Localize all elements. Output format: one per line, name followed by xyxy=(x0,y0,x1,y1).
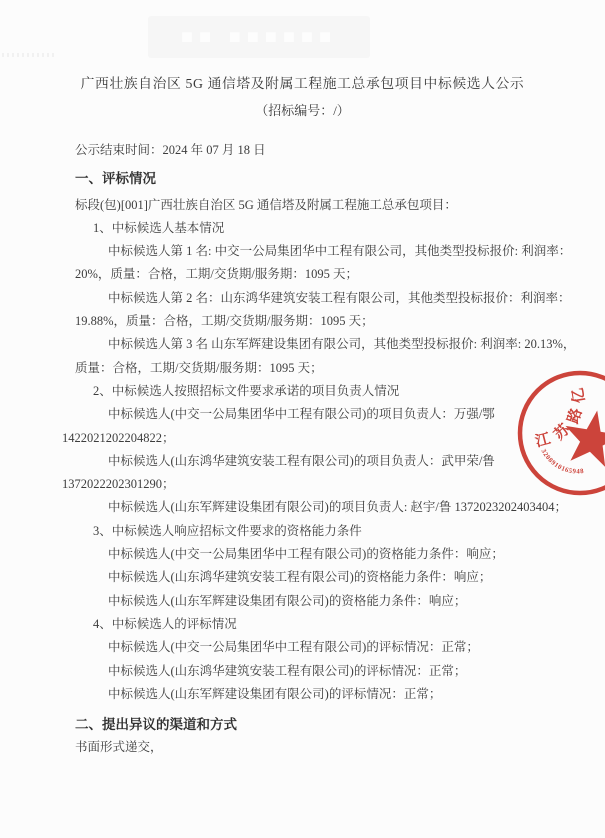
text-line: 标段(包)[001]广西壮族自治区 5G 通信塔及附属工程施工总承包项目： xyxy=(75,194,605,217)
text-line: 中标候选人(山东鸿华建筑安装工程有限公司)的资格能力条件：响应； xyxy=(108,566,605,589)
text-line: 中标候选人(山东军辉建设集团有限公司)的资格能力条件：响应； xyxy=(108,590,605,613)
section-heading-1: 一、评标情况 xyxy=(75,167,605,190)
section-heading-2: 二、提出异议的渠道和方式 xyxy=(75,713,605,736)
text-line: 中标候选人第 1 名: 中交一公局集团华中工程有限公司，其他类型投标报价: 利润… xyxy=(108,240,605,263)
publicity-end-time: 公示结束时间：2024 年 07 月 18 日 xyxy=(75,139,605,162)
document-page: ■■ ■■■■■■ 广西壮族自治区 5G 通信塔及附属工程施工总承包项目中标候选… xyxy=(0,0,605,838)
subsection-4: 4、中标候选人的评标情况 xyxy=(93,613,605,636)
text-line: 中标候选人(山东军辉建设集团有限公司)的评标情况：正常； xyxy=(108,683,605,706)
text-line: 中标候选人第 2 名：山东鸿华建筑安装工程有限公司，其他类型投标报价：利润率： xyxy=(108,287,605,310)
document-title: 广西壮族自治区 5G 通信塔及附属工程施工总承包项目中标候选人公示 xyxy=(0,72,605,92)
text-line: 19.88%，质量：合格，工期/交货期/服务期：1095 天； xyxy=(75,310,605,333)
subsection-3: 3、中标候选人响应招标文件要求的资格能力条件 xyxy=(93,520,605,543)
text-line: 中标候选人(山东鸿华建筑安装工程有限公司)的评标情况：正常； xyxy=(108,660,605,683)
text-line: 书面形式递交， xyxy=(75,736,605,759)
bid-number-line: （招标编号：/） xyxy=(0,100,605,119)
text-line: 20%，质量：合格，工期/交货期/服务期：1095 天； xyxy=(75,263,605,286)
subsection-1: 1、中标候选人基本情况 xyxy=(93,217,605,240)
scan-speckle xyxy=(2,53,54,57)
scan-artifact-text: ■■ ■■■■■■ xyxy=(181,26,337,48)
text-line: 中标候选人(中交一公局集团华中工程有限公司)的资格能力条件：响应； xyxy=(108,543,605,566)
text-line: 中标候选人(中交一公局集团华中工程有限公司)的评标情况：正常； xyxy=(108,636,605,659)
scan-artifact-banner: ■■ ■■■■■■ xyxy=(148,16,370,58)
company-seal: 江苏路亿 3208910165948 xyxy=(495,348,605,523)
